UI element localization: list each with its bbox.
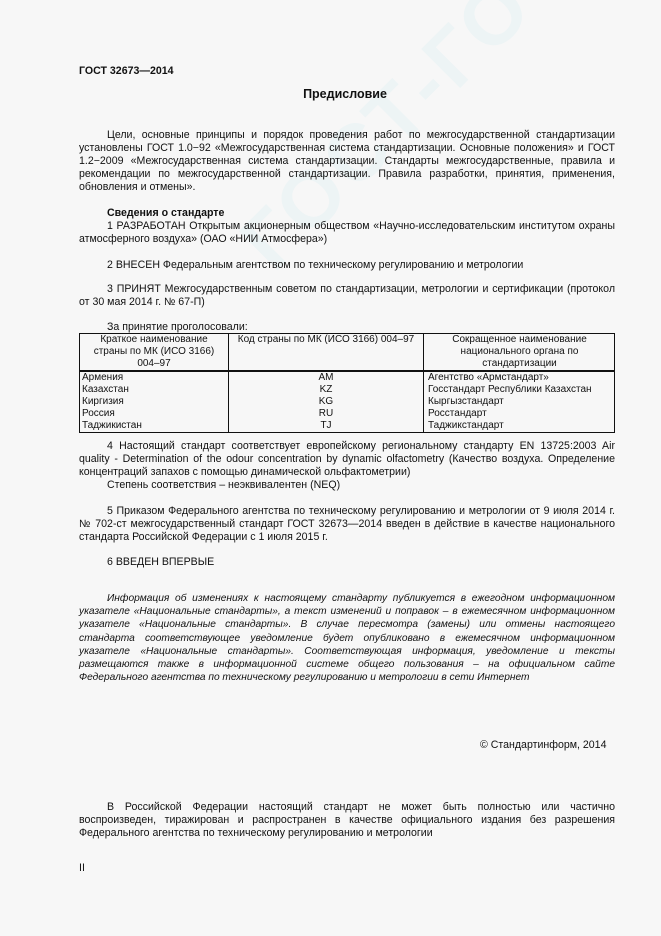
changes-info-notice: Информация об изменениях к настоящему ст… [79,592,615,684]
cell-body: Кыргызстандарт [424,396,615,408]
intro-paragraph: Цели, основные принципы и порядок провед… [79,129,615,194]
cell-body: Таджикстандарт [424,420,615,433]
cell-code: AM [229,371,424,384]
table-row: Россия RU Росстандарт [80,408,615,420]
item-6-first-introduced: 6 ВВЕДЕН ВПЕРВЫЕ [79,556,615,569]
info-heading: Сведения о стандарте [79,207,615,220]
table-row: Казахстан KZ Госстандарт Республики Каза… [80,384,615,396]
column-header-body: Сокращенное наименование национального о… [424,334,615,372]
table-row: Таджикистан TJ Таджикстандарт [80,420,615,433]
cell-code: RU [229,408,424,420]
reproduction-notice: В Российской Федерации настоящий стандар… [79,801,615,840]
cell-body: Росстандарт [424,408,615,420]
column-header-country: Краткое наименование страны по МК (ИСО 3… [80,334,229,372]
cell-country: Таджикистан [80,420,229,433]
cell-code: TJ [229,420,424,433]
table-header-row: Краткое наименование страны по МК (ИСО 3… [80,334,615,372]
item-4-conformity-degree: Степень соответствия – неэквивалентен (N… [79,479,615,492]
page-title: Предисловие [0,88,661,101]
document-code: ГОСТ 32673—2014 [79,65,174,78]
item-2-introduced: 2 ВНЕСЕН Федеральным агентством по техни… [79,259,615,272]
cell-country: Киргизия [80,396,229,408]
cell-country: Россия [80,408,229,420]
item-1-developed: 1 РАЗРАБОТАН Открытым акционерным общест… [79,220,615,246]
page-number: II [79,862,85,875]
item-4-conformance: 4 Настоящий стандарт соответствует европ… [79,440,615,479]
copyright: © Стандартинформ, 2014 [480,739,606,752]
voting-table: Краткое наименование страны по МК (ИСО 3… [79,333,615,433]
table-row: Армения AM Агентство «Армстандарт» [80,371,615,384]
item-5-enacted: 5 Приказом Федерального агентства по тех… [79,505,615,544]
cell-country: Казахстан [80,384,229,396]
cell-country: Армения [80,371,229,384]
item-3-adopted: 3 ПРИНЯТ Межгосударственным советом по с… [79,283,615,309]
cell-body: Госстандарт Республики Казахстан [424,384,615,396]
column-header-code: Код страны по МК (ИСО 3166) 004–97 [229,334,424,372]
cell-code: KG [229,396,424,408]
table-row: Киргизия KG Кыргызстандарт [80,396,615,408]
cell-body: Агентство «Армстандарт» [424,371,615,384]
cell-code: KZ [229,384,424,396]
